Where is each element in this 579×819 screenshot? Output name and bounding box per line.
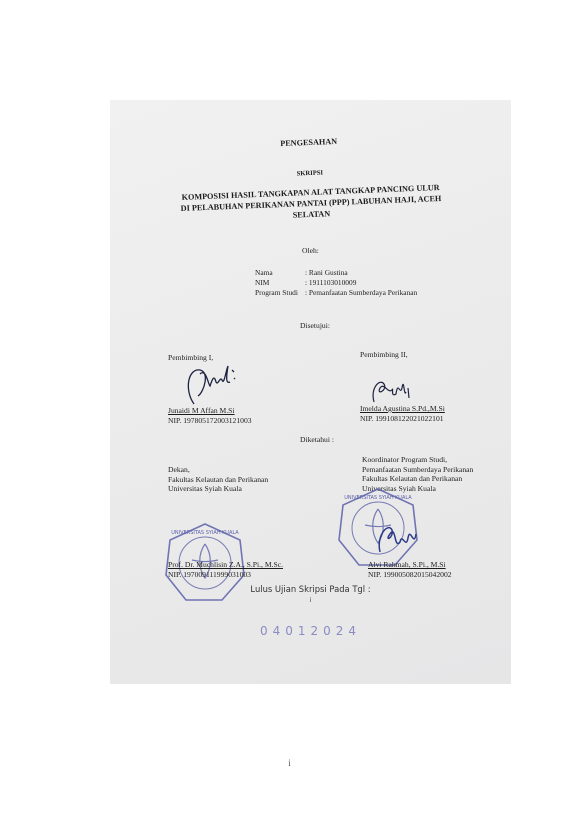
- coordinator-signature: [372, 512, 422, 562]
- svg-text:UNIVERSITAS SYIAH KUALA: UNIVERSITAS SYIAH KUALA: [344, 495, 412, 501]
- student-name-row: Nama: Rani Gustina: [255, 268, 417, 278]
- supervisor-1-signature: [180, 360, 240, 410]
- supervisor-2-name: Imelda Agustina S.Pd.,M.Si: [360, 404, 445, 414]
- coordinator-nip: NIP. 199005082015042002: [368, 570, 452, 580]
- student-program-row: Program Studi: Pemanfaatan Sumberdaya Pe…: [255, 288, 417, 298]
- scanned-approval-page: PENGESAHAN SKRIPSI KOMPOSISI HASIL TANGK…: [110, 100, 511, 684]
- coordinator-name: Alvi Rahmah, S.Pi., M.Si: [368, 560, 446, 570]
- student-info: Nama: Rani Gustina NIM: 1911103010009 Pr…: [255, 268, 417, 298]
- pass-label: Lulus Ujian Skripsi Pada Tgl :: [110, 584, 511, 594]
- title-block: PENGESAHAN SKRIPSI KOMPOSISI HASIL TANGK…: [110, 100, 507, 108]
- svg-text:UNIVERSITAS SYIAH KUALA: UNIVERSITAS SYIAH KUALA: [171, 530, 239, 536]
- subheading: SKRIPSI: [110, 162, 510, 184]
- supervisor-2-role: Pembimbing II,: [360, 350, 408, 360]
- page-number: i: [0, 758, 579, 768]
- student-nim-row: NIM: 1911103010009: [255, 278, 417, 288]
- heading: PENGESAHAN: [110, 130, 509, 154]
- approved-label: Disetujui:: [300, 321, 330, 331]
- supervisor-2-signature: [368, 368, 418, 408]
- supervisor-2-nip: NIP. 199108122021022101: [360, 414, 444, 424]
- dean-nip: NIP. 197009111999031003: [168, 570, 251, 580]
- pass-date: 04012024: [110, 624, 511, 638]
- supervisor-1-nip: NIP. 197805172003121003: [168, 416, 252, 426]
- dean-title: Dekan, Fakultas Kelautan dan Perikanan U…: [168, 465, 268, 494]
- pass-marker: i: [110, 597, 511, 604]
- dean-name: Prof. Dr. Muchlisin Z.A., S.Pi., M.Sc.: [168, 560, 283, 570]
- by-label: Oleh:: [302, 246, 319, 256]
- acknowledged-label: Diketahui :: [300, 435, 334, 445]
- supervisor-1-name: Junaidi M Affan M.Si: [168, 406, 235, 416]
